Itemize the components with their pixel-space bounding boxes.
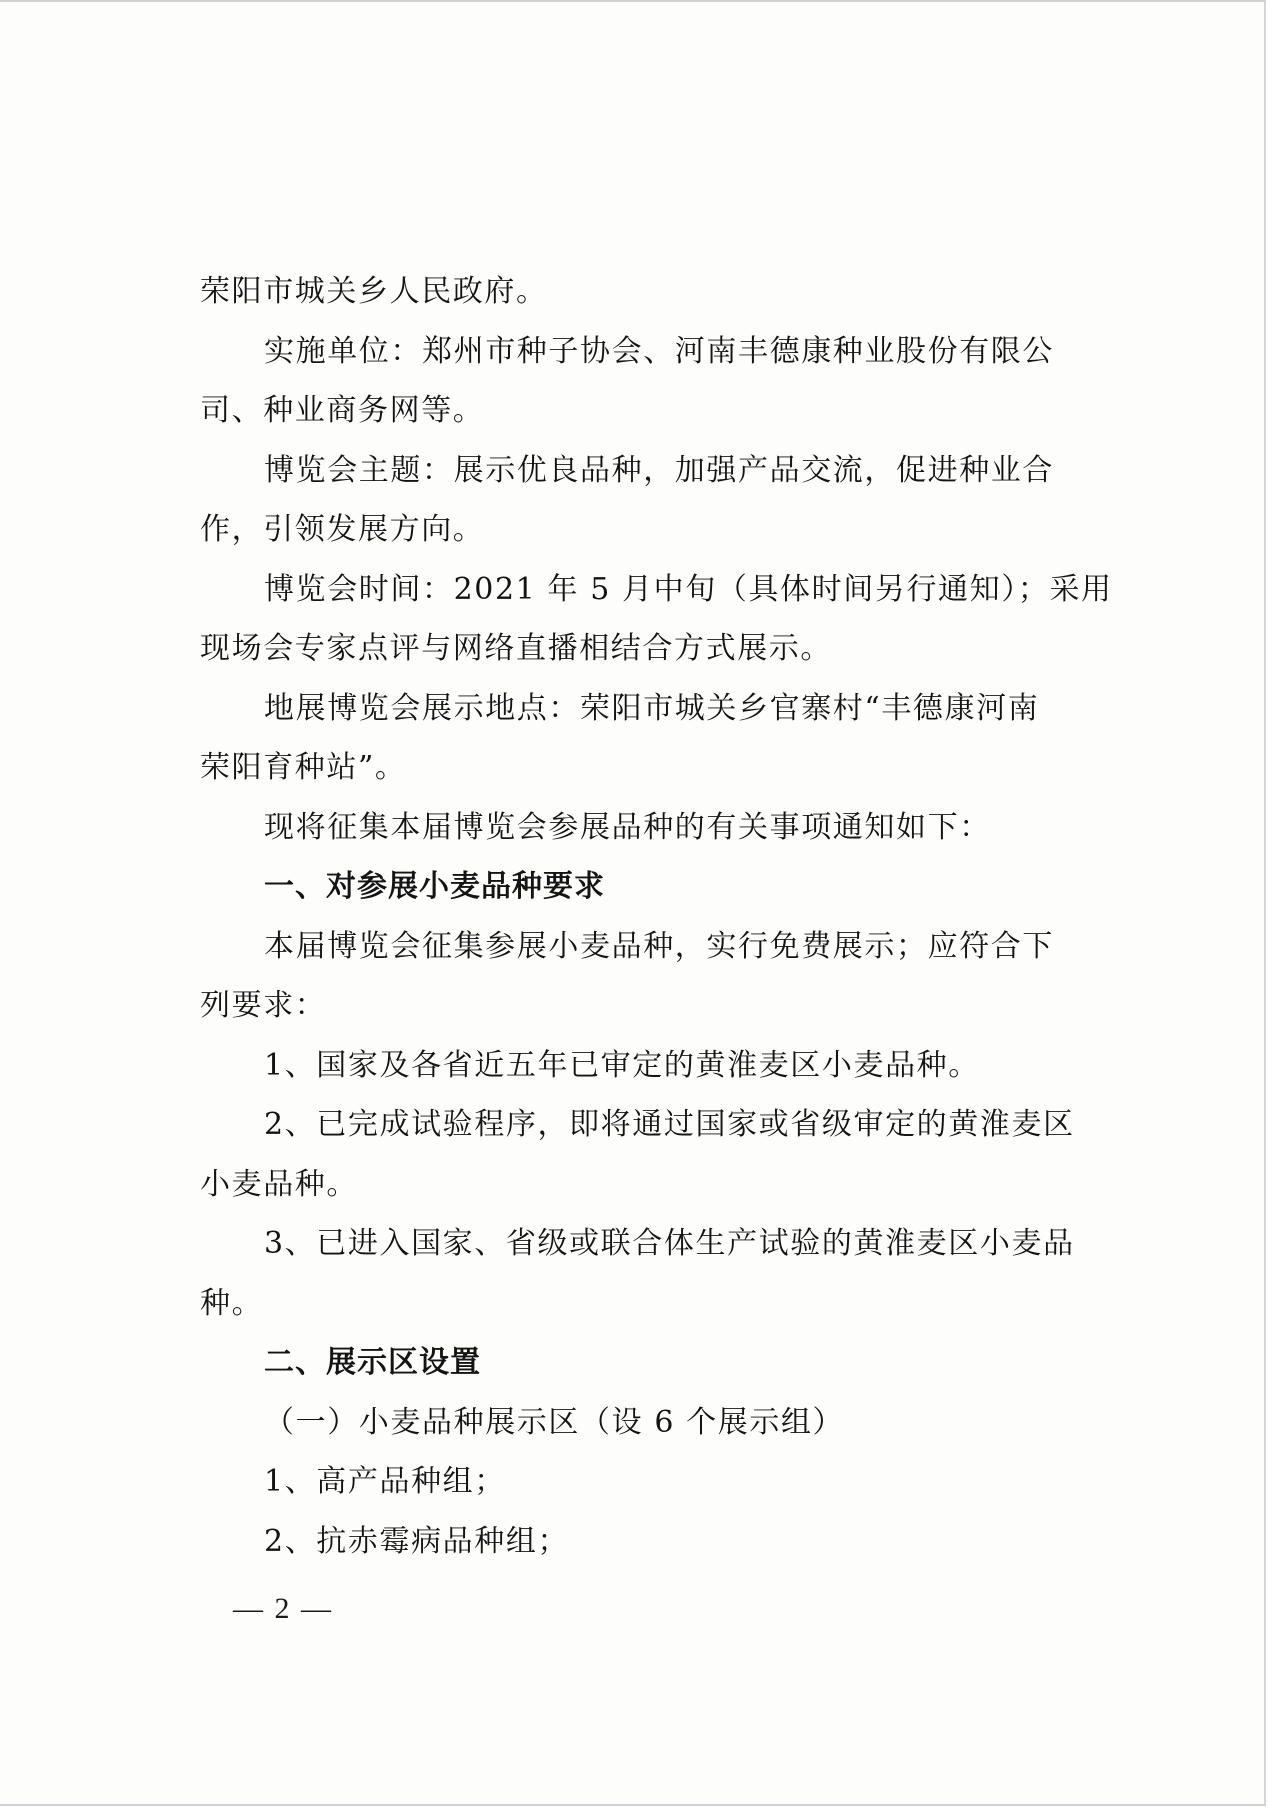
list-item-continuation: 小麦品种。 bbox=[200, 1155, 1088, 1215]
paragraph-line: 司、种业商务网等。 bbox=[200, 381, 1088, 441]
paragraph-line: 列要求： bbox=[200, 976, 1088, 1036]
section-heading-requirements: 一、对参展小麦品种要求 bbox=[200, 857, 1088, 917]
paragraph-line: 实施单位：郑州市种子协会、河南丰德康种业股份有限公 bbox=[200, 322, 1088, 382]
paragraph-line: 地展博览会展示地点：荣阳市城关乡官寨村“丰德康河南 bbox=[200, 679, 1088, 739]
document-body: 荣阳市城关乡人民政府。 实施单位：郑州市种子协会、河南丰德康种业股份有限公 司、… bbox=[200, 262, 1088, 1571]
list-item: 1、国家及各省近五年已审定的黄淮麦区小麦品种。 bbox=[200, 1036, 1088, 1096]
list-item: 3、已进入国家、省级或联合体生产试验的黄淮麦区小麦品 bbox=[200, 1214, 1088, 1274]
paragraph-line: 现将征集本届博览会参展品种的有关事项通知如下： bbox=[200, 798, 1088, 858]
document-page: 荣阳市城关乡人民政府。 实施单位：郑州市种子协会、河南丰德康种业股份有限公 司、… bbox=[0, 0, 1266, 1806]
list-item: 2、抗赤霉病品种组； bbox=[200, 1512, 1088, 1572]
paragraph-line: 博览会主题：展示优良品种，加强产品交流，促进种业合 bbox=[200, 441, 1088, 501]
paragraph-line: 荣阳市城关乡人民政府。 bbox=[200, 262, 1088, 322]
list-item-continuation: 种。 bbox=[200, 1274, 1088, 1334]
paragraph-line: 作，引领发展方向。 bbox=[200, 500, 1088, 560]
paragraph-line: 现场会专家点评与网络直播相结合方式展示。 bbox=[200, 619, 1088, 679]
section-heading-exhibition-areas: 二、展示区设置 bbox=[200, 1333, 1088, 1393]
paragraph-line: 本届博览会征集参展小麦品种，实行免费展示；应符合下 bbox=[200, 917, 1088, 977]
paragraph-line: 博览会时间：2021 年 5 月中旬（具体时间另行通知）；采用 bbox=[200, 560, 1088, 620]
subsection-heading: （一）小麦品种展示区（设 6 个展示组） bbox=[200, 1393, 1088, 1453]
list-item: 1、高产品种组； bbox=[200, 1452, 1088, 1512]
list-item: 2、已完成试验程序，即将通过国家或省级审定的黄淮麦区 bbox=[200, 1095, 1088, 1155]
paragraph-line: 荣阳育种站”。 bbox=[200, 738, 1088, 798]
page-number: — 2 — bbox=[233, 1592, 333, 1626]
